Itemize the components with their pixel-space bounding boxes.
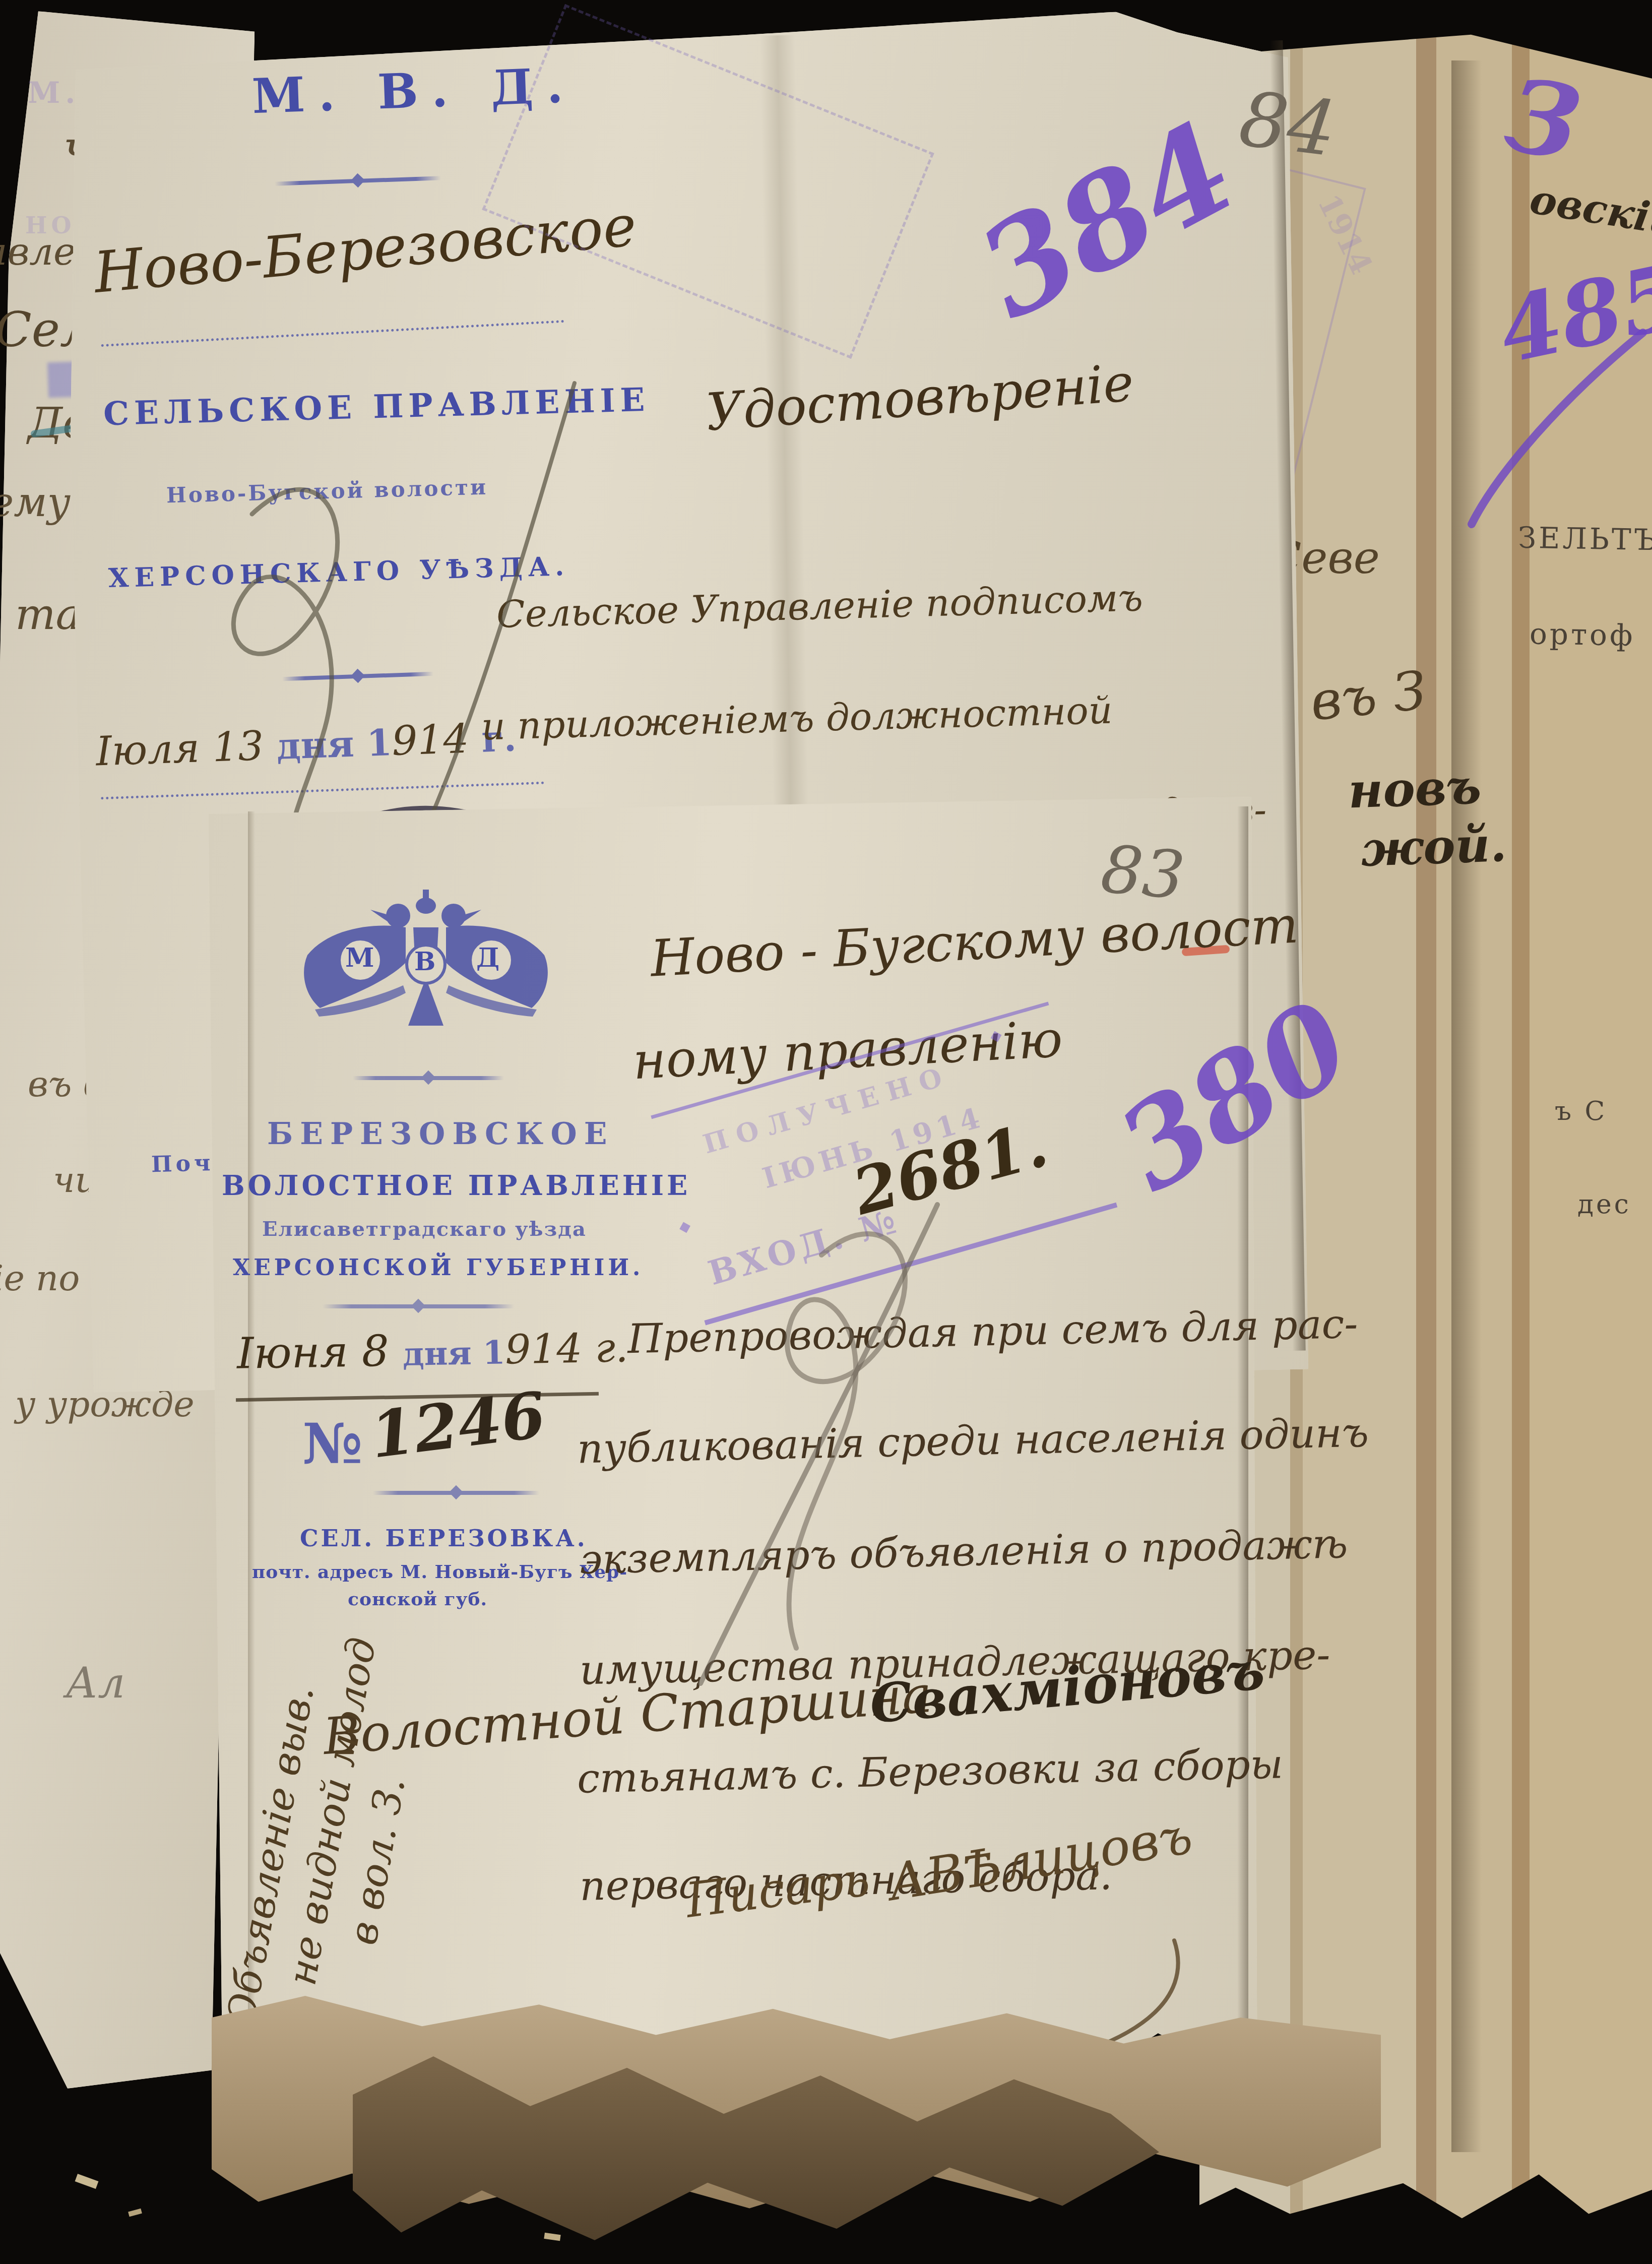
doc1-pencil-page-number: 84 <box>1235 75 1341 174</box>
received-stamp-corner-ornament <box>991 1031 1002 1042</box>
doc2-date-printed: дня 1 <box>402 1334 505 1373</box>
doc2-org-line4: ХЕРСОНСКОЙ ГУБЕРНІИ. <box>233 1255 644 1281</box>
ornament-divider <box>323 1304 514 1308</box>
right-stack-typed-fragment: дес <box>1577 1189 1631 1220</box>
paper-speck <box>75 2174 99 2189</box>
right-stack-fragment: въ З <box>1307 659 1429 732</box>
paper-speck <box>128 2209 142 2217</box>
right-stack-typed-fragment: ъ С <box>1555 1096 1607 1126</box>
left-page-fragment: Ал <box>66 1658 125 1708</box>
doc2-org-line1: БЕРЕЗОВСКОЕ <box>267 1116 614 1152</box>
archival-photo: М. В. НОВО что явленіем Сели З Дему ему … <box>0 0 1652 2264</box>
right-stack-fragment: жой. <box>1360 816 1507 877</box>
ornament-divider <box>353 1076 504 1080</box>
eagle-letter-v: В <box>414 947 435 976</box>
right-stack-typed-fragment: ортоф <box>1529 616 1635 653</box>
doc2-org-line3: Елисаветградскаго уѣзда <box>262 1217 587 1241</box>
paper-speck <box>544 2233 560 2241</box>
right-stack-fragment: новъ <box>1347 759 1482 819</box>
doc2-date-line: Іюня 8 дня 1914 г. <box>236 1322 628 1379</box>
eagle-letter-m: М <box>345 942 374 973</box>
eagle-letter-d: Д <box>476 942 499 973</box>
doc2-date-hand: Іюня 8 <box>236 1326 403 1379</box>
right-stack-typed-fragment: ЗЕЛЬТЪ <box>1517 521 1652 557</box>
right-stack-purple-swoosh <box>1451 323 1652 534</box>
